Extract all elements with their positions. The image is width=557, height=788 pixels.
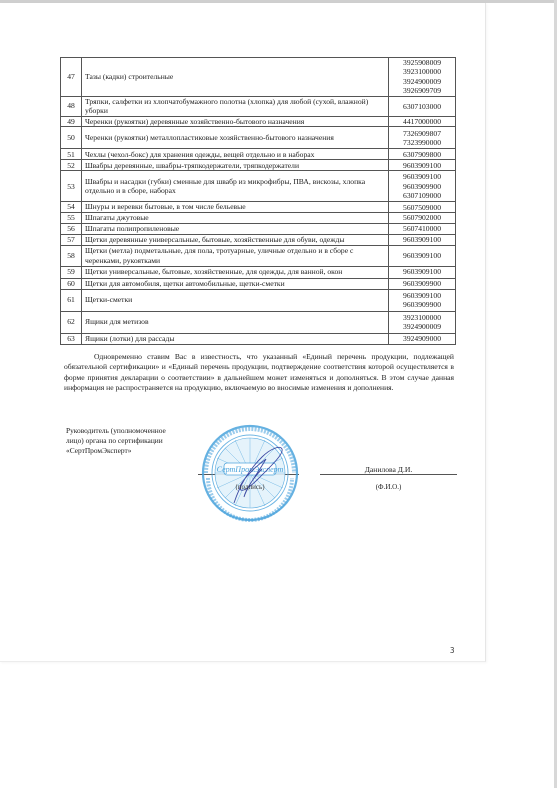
table-row: 47Тазы (кадки) строительные3925908009392…: [61, 58, 456, 97]
tnved-code: 9603909900: [391, 300, 453, 309]
tnved-code: 3926909709: [391, 86, 453, 95]
tnved-codes: 4417000000: [389, 116, 456, 127]
tnved-codes: 3924909000: [389, 333, 456, 344]
row-number: 52: [61, 160, 82, 171]
product-name: Ящики для метизов: [82, 311, 389, 333]
tnved-code: 6307103000: [391, 102, 453, 111]
tnved-code: 5607509000: [391, 203, 453, 212]
tnved-code: 9603909900: [391, 279, 453, 288]
signature-label: (подпись): [200, 483, 300, 491]
tnved-code: 6307909800: [391, 150, 453, 159]
product-name: Щетки для автомобиля, щетки автомобильны…: [82, 278, 389, 289]
tnved-codes: 960390910096039099006307109000: [389, 171, 456, 202]
tnved-code: 4417000000: [391, 117, 453, 126]
table-row: 52Швабры деревянные, швабры-тряпкодержат…: [61, 160, 456, 171]
table-row: 48Тряпки, салфетки из хлопчатобумажного …: [61, 96, 456, 116]
tnved-codes: 6307103000: [389, 96, 456, 116]
tnved-code: 7326909807: [391, 129, 453, 138]
tnved-code: 3924900009: [391, 322, 453, 331]
row-number: 47: [61, 58, 82, 97]
row-number: 60: [61, 278, 82, 289]
product-name: Черенки (рукоятки) металлопластиковые хо…: [82, 127, 389, 149]
tnved-codes: 5607410000: [389, 223, 456, 234]
notice-paragraph: Одновременно ставим Вас в известность, ч…: [64, 352, 454, 394]
tnved-code: 9603909100: [391, 235, 453, 244]
table-row: 55Шпагаты джутовые5607902000: [61, 213, 456, 224]
tnved-code: 9603909100: [391, 172, 453, 181]
table-row: 50Черенки (рукоятки) металлопластиковые …: [61, 127, 456, 149]
table-row: 59Щетки универсальные, бытовые, хозяйств…: [61, 266, 456, 278]
name-line: [320, 474, 457, 475]
row-number: 62: [61, 311, 82, 333]
tnved-code: 6307109000: [391, 191, 453, 200]
table-row: 49Черенки (рукоятки) деревянные хозяйств…: [61, 116, 456, 127]
row-number: 61: [61, 289, 82, 311]
tnved-codes: 5607902000: [389, 213, 456, 224]
page-number: 3: [450, 646, 455, 655]
signer-name: Данилова Д.И.: [320, 465, 457, 474]
product-name: Швабры деревянные, швабры-тряпкодержател…: [82, 160, 389, 171]
tnved-codes: 96039091009603909900: [389, 289, 456, 311]
table-row: 61Щетки-сметки96039091009603909900: [61, 289, 456, 311]
signer-line-3: «СертПромЭксперт»: [66, 446, 196, 456]
row-number: 51: [61, 149, 82, 160]
product-name: Щетки деревянные универсальные, бытовые,…: [82, 234, 389, 245]
stamp-seal-icon: СертПромЭксперт: [200, 423, 300, 523]
tnved-code: 9603909100: [391, 161, 453, 170]
product-name: Черенки (рукоятки) деревянные хозяйствен…: [82, 116, 389, 127]
tnved-codes: 9603909100: [389, 266, 456, 278]
tnved-code: 7323990000: [391, 138, 453, 147]
tnved-codes: 9603909100: [389, 160, 456, 171]
table-row: 58Щетки (метла) подметальные, для пола, …: [61, 245, 456, 266]
row-number: 53: [61, 171, 82, 202]
product-name: Шпагаты джутовые: [82, 213, 389, 224]
row-number: 57: [61, 234, 82, 245]
signer-line-2: лицо) органа по сертификации: [66, 436, 196, 446]
row-number: 56: [61, 223, 82, 234]
row-number: 55: [61, 213, 82, 224]
product-name: Чехлы (чехол-бокс) для хранения одежды, …: [82, 149, 389, 160]
table-row: 53Швабры и насадки (губки) сменные для ш…: [61, 171, 456, 202]
table-row: 60Щетки для автомобиля, щетки автомобиль…: [61, 278, 456, 289]
product-name: Тряпки, салфетки из хлопчатобумажного по…: [82, 96, 389, 116]
product-name: Швабры и насадки (губки) сменные для шва…: [82, 171, 389, 202]
table-row: 57Щетки деревянные универсальные, бытовы…: [61, 234, 456, 245]
tnved-codes: 9603909900: [389, 278, 456, 289]
signer-line-1: Руководитель (уполномоченное: [66, 426, 196, 436]
tnved-codes: 9603909100: [389, 245, 456, 266]
row-number: 48: [61, 96, 82, 116]
tnved-code: 3925908009: [391, 58, 453, 67]
tnved-codes: 6307909800: [389, 149, 456, 160]
tnved-code: 9603909100: [391, 267, 453, 276]
product-name: Щетки универсальные, бытовые, хозяйствен…: [82, 266, 389, 278]
tnved-code: 3923100000: [391, 313, 453, 322]
tnved-code: 5607902000: [391, 213, 453, 222]
table-row: 56Шпагаты полипропиленовые5607410000: [61, 223, 456, 234]
product-name: Щетки-сметки: [82, 289, 389, 311]
product-table-body: 47Тазы (кадки) строительные3925908009392…: [61, 58, 456, 345]
row-number: 49: [61, 116, 82, 127]
notice-text: Одновременно ставим Вас в известность, ч…: [64, 352, 454, 392]
tnved-code: 3924909000: [391, 334, 453, 343]
tnved-codes: 73269098077323990000: [389, 127, 456, 149]
tnved-codes: 3925908009392310000039249000093926909709: [389, 58, 456, 97]
tnved-code: 9603909100: [391, 251, 453, 260]
tnved-code: 9603909100: [391, 291, 453, 300]
table-row: 54Шнуры и веревки бытовые, в том числе б…: [61, 202, 456, 213]
tnved-code: 3923100000: [391, 67, 453, 76]
product-name: Шпагаты полипропиленовые: [82, 223, 389, 234]
row-number: 59: [61, 266, 82, 278]
name-label: (Ф.И.О.): [320, 483, 457, 491]
signer-title: Руководитель (уполномоченное лицо) орган…: [66, 426, 196, 455]
product-name: Шнуры и веревки бытовые, в том числе бел…: [82, 202, 389, 213]
table-row: 63Ящики (лотки) для рассады3924909000: [61, 333, 456, 344]
table-row: 51Чехлы (чехол-бокс) для хранения одежды…: [61, 149, 456, 160]
row-number: 54: [61, 202, 82, 213]
product-name: Тазы (кадки) строительные: [82, 58, 389, 97]
tnved-codes: 39231000003924900009: [389, 311, 456, 333]
row-number: 50: [61, 127, 82, 149]
tnved-code: 9603909900: [391, 182, 453, 191]
row-number: 58: [61, 245, 82, 266]
tnved-code: 5607410000: [391, 224, 453, 233]
product-name: Щетки (метла) подметальные, для пола, тр…: [82, 245, 389, 266]
tnved-code: 3924900009: [391, 77, 453, 86]
tnved-codes: 5607509000: [389, 202, 456, 213]
document-page: 47Тазы (кадки) строительные3925908009392…: [0, 3, 486, 662]
product-name: Ящики (лотки) для рассады: [82, 333, 389, 344]
row-number: 63: [61, 333, 82, 344]
table-row: 62Ящики для метизов39231000003924900009: [61, 311, 456, 333]
tnved-codes: 9603909100: [389, 234, 456, 245]
product-table: 47Тазы (кадки) строительные3925908009392…: [60, 57, 456, 345]
